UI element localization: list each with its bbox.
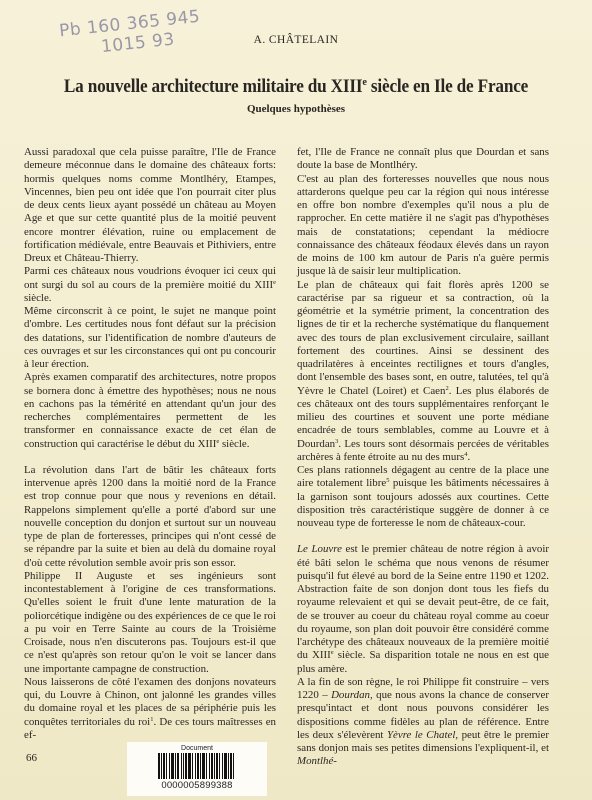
- paragraph: Après examen comparatif des architecture…: [24, 371, 276, 451]
- scanned-page: Pb 160 365 945 1015 93 A. CHÂTELAIN La n…: [0, 0, 592, 800]
- right-column: fet, l'Ile de France ne connaît plus que…: [297, 146, 549, 769]
- paragraph: Aussi paradoxal que cela puisse paraître…: [24, 146, 276, 265]
- paragraph: fet, l'Ile de France ne connaît plus que…: [297, 146, 549, 173]
- paragraph: Parmi ces châteaux nous voudrions évoque…: [24, 265, 276, 305]
- paragraph: Le Louvre est le premier château de notr…: [297, 543, 549, 676]
- paragraph: Philippe II Auguste et ses ingénieurs so…: [24, 570, 276, 676]
- paragraph: A la fin de son règne, le roi Philippe f…: [297, 676, 549, 769]
- barcode-number: 0000005899388: [161, 780, 232, 791]
- left-column: Aussi paradoxal que cela puisse paraître…: [24, 146, 276, 742]
- title-text: La nouvelle architecture militaire du XI…: [64, 77, 363, 97]
- article-title: La nouvelle architecture militaire du XI…: [21, 76, 572, 98]
- paragraph: Ces plans rationnels dégagent au centre …: [297, 464, 549, 530]
- article-subtitle: Quelques hypothèses: [0, 103, 592, 115]
- paragraph: C'est au plan des forteresses nouvelles …: [297, 173, 549, 279]
- paragraph: La révolution dans l'art de bâtir les ch…: [24, 464, 276, 570]
- paragraph: Le plan de châteaux qui fait florès aprè…: [297, 279, 549, 465]
- title-text-end: siècle en Ile de France: [367, 77, 528, 97]
- page-number: 66: [26, 752, 37, 764]
- barcode-icon: [158, 753, 236, 779]
- author-name: A. CHÂTELAIN: [0, 34, 592, 46]
- paragraph: Nous laisserons de côté l'examen des don…: [24, 676, 276, 742]
- paragraph: Même circonscrit à ce point, le sujet ne…: [24, 305, 276, 371]
- barcode-caption: Document: [181, 745, 213, 752]
- barcode-label: Document 0000005899388: [127, 742, 267, 796]
